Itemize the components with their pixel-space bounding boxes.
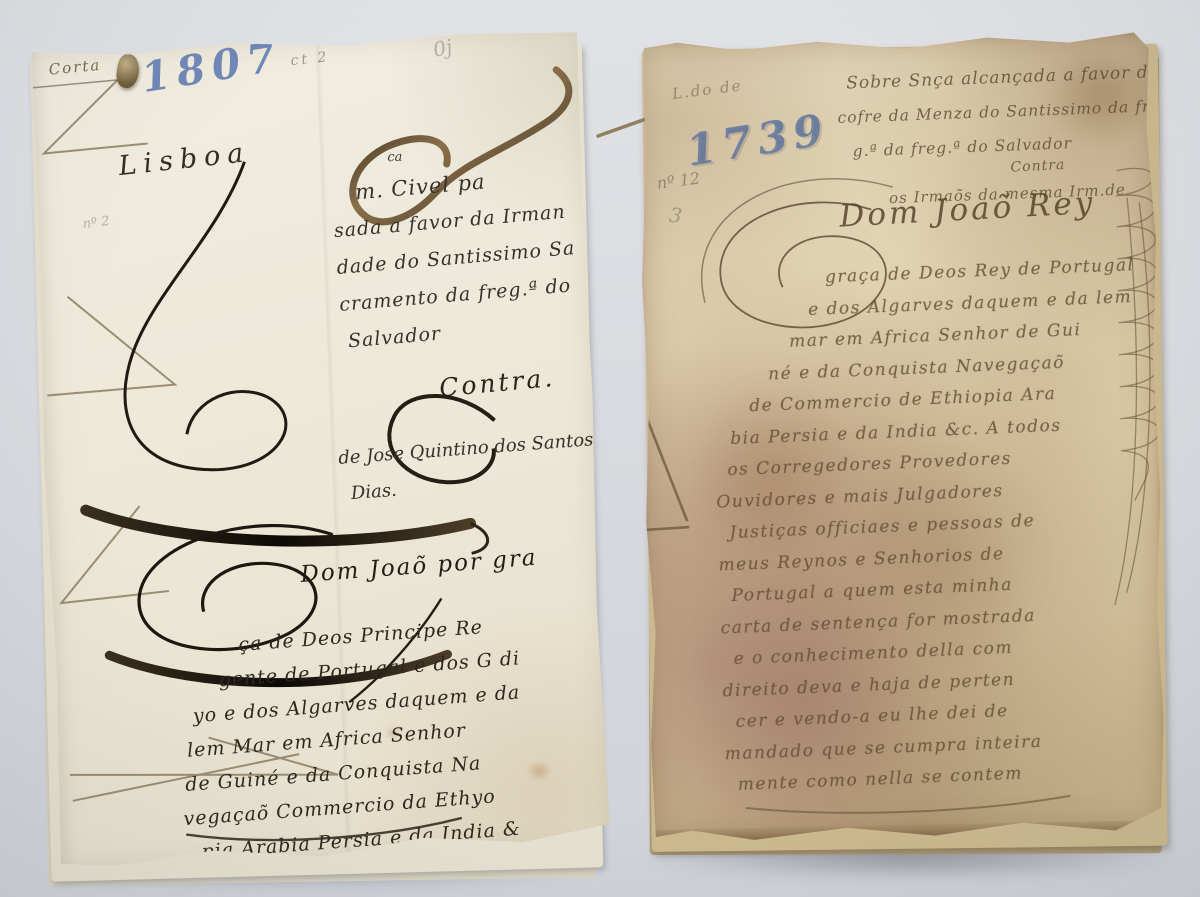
corner-scribble: L.do de (671, 76, 743, 103)
archival-note: Corta (48, 56, 102, 79)
charter-body-block: graça de Deos Rey de Portugale dos Algar… (695, 252, 1117, 801)
case-intro-superscript: ca (387, 150, 403, 166)
royal-heading: Dom Joaõ por gra (299, 545, 538, 588)
defendant-block: de Jose Quintino dos SantosDias. (337, 422, 602, 513)
pencil-rule-line (31, 79, 125, 88)
margin-loop-doodle (1107, 168, 1163, 605)
pencil-note-top: ct 2 (290, 49, 330, 69)
versus-word: Contra (1010, 157, 1066, 176)
year-annotation-blue: 1739 (683, 105, 833, 177)
year-annotation-blue: 1807 (138, 32, 286, 102)
left-manuscript: Corta 1807 ct 2 0j nº 2 Lisboa ca m. Civ… (28, 29, 611, 872)
binding-thread (643, 413, 689, 530)
royal-titles-block: ça de Deos Principe Regente de Portugal … (179, 603, 617, 868)
royal-heading: Dom Joaõ Rey (838, 185, 1096, 235)
header-summary-block: Sobre Snça alcançada a favor docofre da … (836, 55, 1152, 168)
pencil-scribble: 3 (668, 203, 684, 228)
case-description-block: m. Civel pasada a favor da Irmandade do … (330, 157, 595, 360)
l-flourish-loop (116, 161, 287, 474)
right-manuscript: L.do de 1739 nº 12 3 Sobre Snça alcançad… (636, 32, 1167, 842)
pencil-note-corner: 0j (431, 34, 455, 61)
place-heading: Lisboa (117, 137, 252, 182)
pencil-note-margin: nº 2 (82, 214, 111, 232)
photograph-background: Corta 1807 ct 2 0j nº 2 Lisboa ca m. Civ… (0, 0, 1200, 897)
versus-word: Contra. (438, 363, 556, 402)
pencil-note-margin: nº 12 (656, 169, 701, 193)
